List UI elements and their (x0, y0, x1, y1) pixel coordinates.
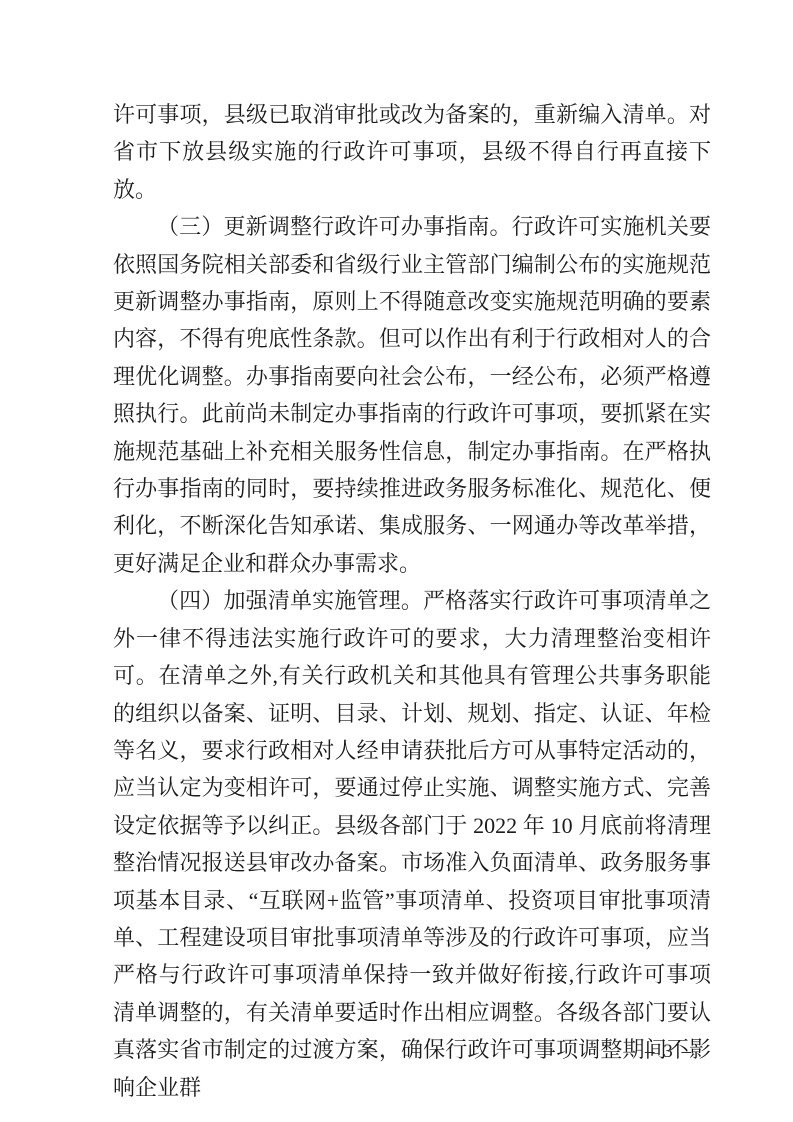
paragraph-text: 行政许可实施机关要依照国务院相关部委和省级行业主管部门编制公布的实施规范更新调整… (113, 214, 711, 576)
paragraph-text: 严格落实行政许可事项清单之外一律不得违法实施行政许可的要求，大力清理整治变相许可… (113, 588, 711, 1099)
paragraph-text: 许可事项，县级已取消审批或改为备案的，重新编入清单。对省市下放县级实施的行政许可… (113, 102, 711, 202)
paragraph-continued: 许可事项，县级已取消审批或改为备案的，重新编入清单。对省市下放县级实施的行政许可… (113, 96, 711, 208)
document-page: 许可事项，县级已取消审批或改为备案的，重新编入清单。对省市下放县级实施的行政许可… (0, 0, 793, 1122)
paragraph-section-3: （三）更新调整行政许可办事指南。行政许可实施机关要依照国务院相关部委和省级行业主… (113, 208, 711, 582)
document-content: 许可事项，县级已取消审批或改为备案的，重新编入清单。对省市下放县级实施的行政许可… (113, 96, 711, 1106)
page-number: – 3 – (645, 1041, 693, 1062)
page-footer: – 3 – (645, 1041, 693, 1063)
section-3-heading: （三）更新调整行政许可办事指南。 (157, 214, 512, 239)
paragraph-section-4: （四）加强清单实施管理。严格落实行政许可事项清单之外一律不得违法实施行政许可的要… (113, 582, 711, 1106)
section-4-heading: （四）加强清单实施管理。 (157, 588, 423, 613)
